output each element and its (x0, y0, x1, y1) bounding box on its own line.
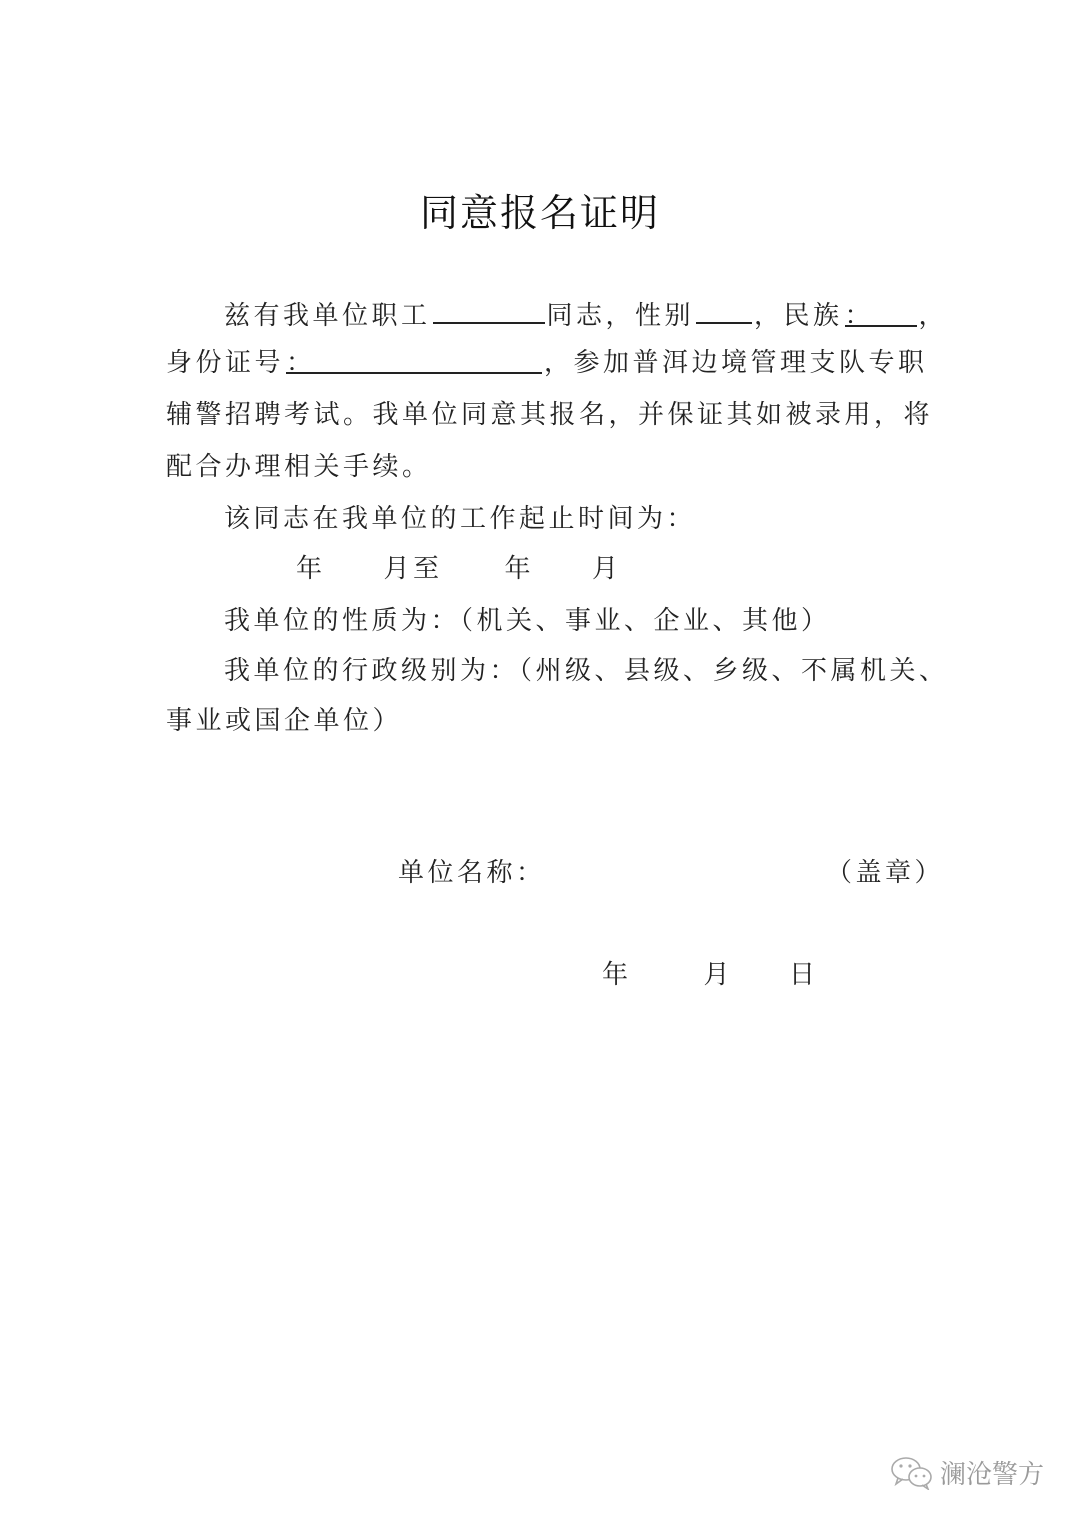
id-blank[interactable]: ： (286, 346, 542, 374)
gender-label: 同志，性别 (547, 301, 695, 331)
para1-line3: 辅警招聘考试。我单位同意其报名，并保证其如被录用，将 (166, 398, 933, 432)
sign-year: 年 (602, 960, 632, 990)
end-month: 月 (592, 554, 622, 584)
wechat-icon (890, 1456, 934, 1490)
seal-label: （盖章） (826, 856, 944, 890)
ethnic-label: ，民族 (754, 301, 843, 331)
signature-date: 年月日 (602, 958, 819, 992)
work-period-label: 该同志在我单位的工作起止时间为： (224, 502, 696, 536)
start-year: 年 (296, 554, 326, 584)
name-blank[interactable] (433, 296, 545, 324)
exam-text: ，参加普洱边境管理支队专职 (544, 348, 928, 378)
admin-level-line2: 事业或国企单位） (166, 704, 402, 738)
intro-text: 兹有我单位职工 (224, 301, 431, 331)
document-title: 同意报名证明 (0, 182, 1080, 237)
id-label: 身份证号 (166, 348, 284, 378)
ethnic-blank[interactable]: ： (845, 299, 917, 327)
start-month: 月至 (384, 554, 443, 584)
para1-line1: 兹有我单位职工同志，性别，民族：， (224, 296, 948, 333)
para1-line4: 配合办理相关手续。 (166, 450, 432, 484)
sign-month: 月 (704, 960, 734, 990)
unit-nature: 我单位的性质为：（机关、事业、企业、其他） (224, 604, 831, 638)
watermark-text: 澜沧警方 (940, 1454, 1044, 1491)
work-period-dates: 年月至年月 (296, 552, 622, 586)
gender-blank[interactable] (696, 296, 752, 324)
para1-line2: 身份证号：，参加普洱边境管理支队专职 (166, 346, 928, 380)
watermark: 澜沧警方 (890, 1454, 1044, 1491)
unit-name-label: 单位名称： (398, 856, 546, 890)
end-year: 年 (505, 554, 535, 584)
admin-level-line1: 我单位的行政级别为：（州级、县级、乡级、不属机关、 (224, 654, 949, 688)
sign-day: 日 (789, 960, 819, 990)
